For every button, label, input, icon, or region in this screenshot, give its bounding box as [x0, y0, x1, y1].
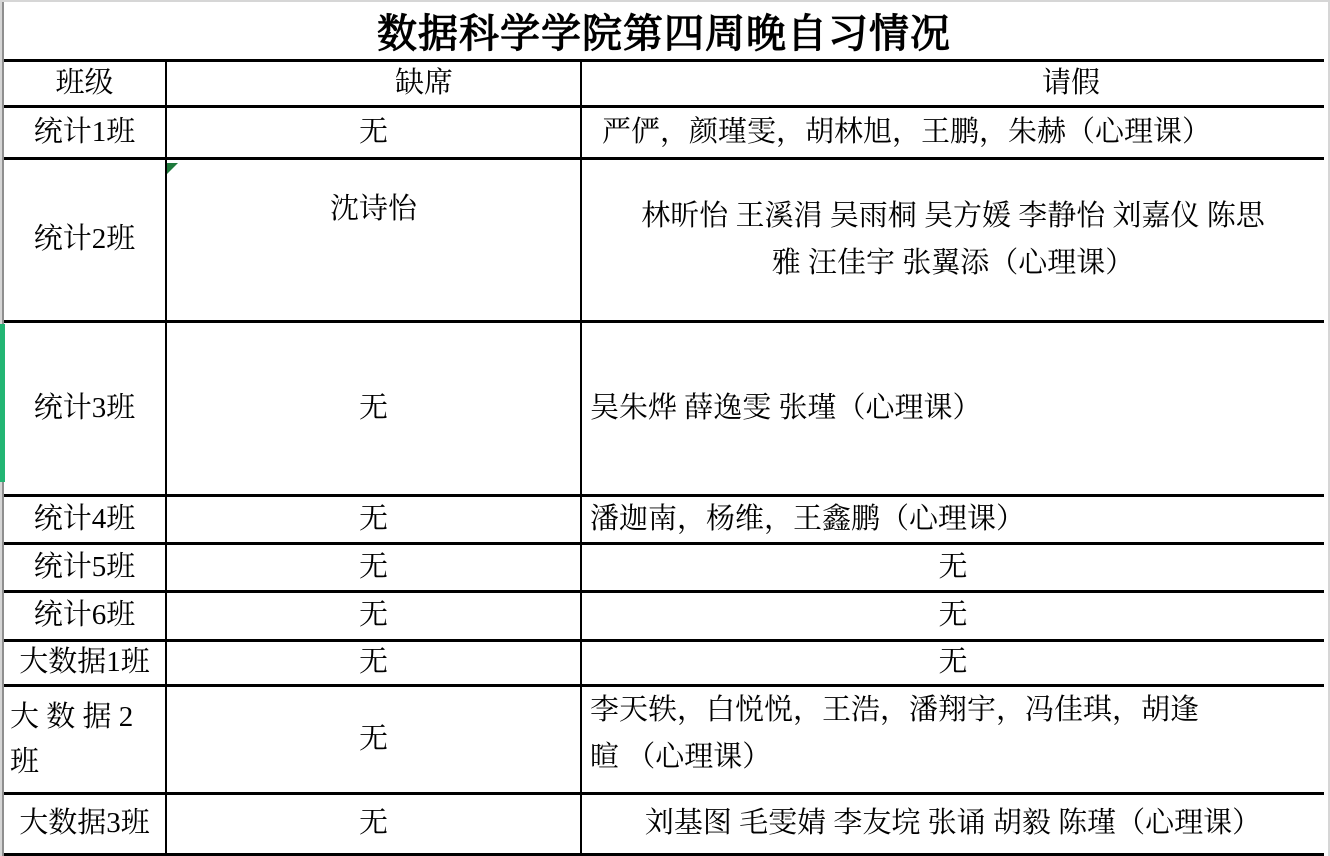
table-row: 统计6班 无 无 [4, 593, 1324, 642]
class-line: 大 数 据 2 [10, 695, 133, 740]
cell-absent[interactable]: 无 [167, 593, 582, 639]
cell-leave[interactable]: 无 [582, 642, 1324, 684]
leave-line: 林昕怡 王溪涓 吴雨桐 吴方媛 李静怡 刘嘉仪 陈思 [641, 193, 1265, 240]
cell-class[interactable]: 统计1班 [4, 108, 167, 157]
cell-leave[interactable]: 无 [582, 545, 1324, 590]
table-row: 统计1班 无 严俨，颜瑾雯，胡林旭，王鹏，朱赫（心理课） [4, 108, 1324, 160]
table-row: 统计3班 无 吴朱烨 薛逸雯 张瑾（心理课） [4, 323, 1324, 497]
leave-line: 雅 汪佳宇 张翼添（心理课） [772, 240, 1135, 287]
cell-leave[interactable]: 严俨，颜瑾雯，胡林旭，王鹏，朱赫（心理课） [582, 108, 1324, 157]
cell-absent[interactable]: 无 [167, 687, 582, 792]
table-row: 大数据3班 无 刘基图 毛雯婧 李友垸 张诵 胡毅 陈瑾（心理课） [4, 795, 1324, 856]
cell-class[interactable]: 统计4班 [4, 497, 167, 542]
document-page: 数据科学学院第四周晚自习情况 班级 缺席 请假 统计1班 无 严俨，颜瑾雯，胡林… [0, 0, 1330, 856]
table-row: 大 数 据 2 班 无 李天轶，白悦悦，王浩，潘翔宇，冯佳琪，胡逢 暄 （心理课… [4, 687, 1324, 795]
cell-class[interactable]: 大数据3班 [4, 795, 167, 853]
table-row: 大数据1班 无 无 [4, 642, 1324, 687]
leave-line: 暄 （心理课） [590, 734, 771, 781]
cell-class[interactable]: 统计6班 [4, 593, 167, 639]
cell-class[interactable]: 大数据1班 [4, 642, 167, 684]
cell-class[interactable]: 统计2班 [4, 160, 167, 320]
cell-leave[interactable]: 林昕怡 王溪涓 吴雨桐 吴方媛 李静怡 刘嘉仪 陈思 雅 汪佳宇 张翼添（心理课… [582, 160, 1324, 320]
cell-absent[interactable]: 无 [167, 108, 582, 157]
table-row: 统计2班 沈诗怡 林昕怡 王溪涓 吴雨桐 吴方媛 李静怡 刘嘉仪 陈思 雅 汪佳… [4, 160, 1324, 323]
cell-absent[interactable]: 无 [167, 642, 582, 684]
cell-class[interactable]: 大 数 据 2 班 [4, 687, 167, 792]
col-header-absent[interactable]: 缺席 [167, 62, 582, 105]
table-row: 统计5班 无 无 [4, 545, 1324, 593]
attendance-table: 数据科学学院第四周晚自习情况 班级 缺席 请假 统计1班 无 严俨，颜瑾雯，胡林… [2, 2, 1324, 856]
col-header-class[interactable]: 班级 [4, 62, 167, 105]
cell-leave[interactable]: 刘基图 毛雯婧 李友垸 张诵 胡毅 陈瑾（心理课） [582, 795, 1324, 853]
cell-leave[interactable]: 潘迦南，杨维，王鑫鹏（心理课） [582, 497, 1324, 542]
cell-absent[interactable]: 沈诗怡 [167, 160, 582, 320]
cell-absent[interactable]: 无 [167, 545, 582, 590]
cell-leave[interactable]: 吴朱烨 薛逸雯 张瑾（心理课） [582, 323, 1324, 494]
cell-class[interactable]: 统计5班 [4, 545, 167, 590]
cell-absent[interactable]: 无 [167, 795, 582, 853]
header-row: 班级 缺席 请假 [4, 62, 1324, 108]
table-title: 数据科学学院第四周晚自习情况 [4, 2, 1324, 62]
class-line: 班 [10, 740, 39, 785]
col-header-leave[interactable]: 请假 [582, 62, 1324, 105]
cell-class[interactable]: 统计3班 [4, 323, 167, 494]
table-row: 统计4班 无 潘迦南，杨维，王鑫鹏（心理课） [4, 497, 1324, 545]
green-row-highlight-bar [0, 324, 5, 482]
cell-absent[interactable]: 无 [167, 497, 582, 542]
leave-line: 李天轶，白悦悦，王浩，潘翔宇，冯佳琪，胡逢 [590, 687, 1199, 734]
cell-leave[interactable]: 李天轶，白悦悦，王浩，潘翔宇，冯佳琪，胡逢 暄 （心理课） [582, 687, 1324, 792]
cell-absent[interactable]: 无 [167, 323, 582, 494]
cell-leave[interactable]: 无 [582, 593, 1324, 639]
